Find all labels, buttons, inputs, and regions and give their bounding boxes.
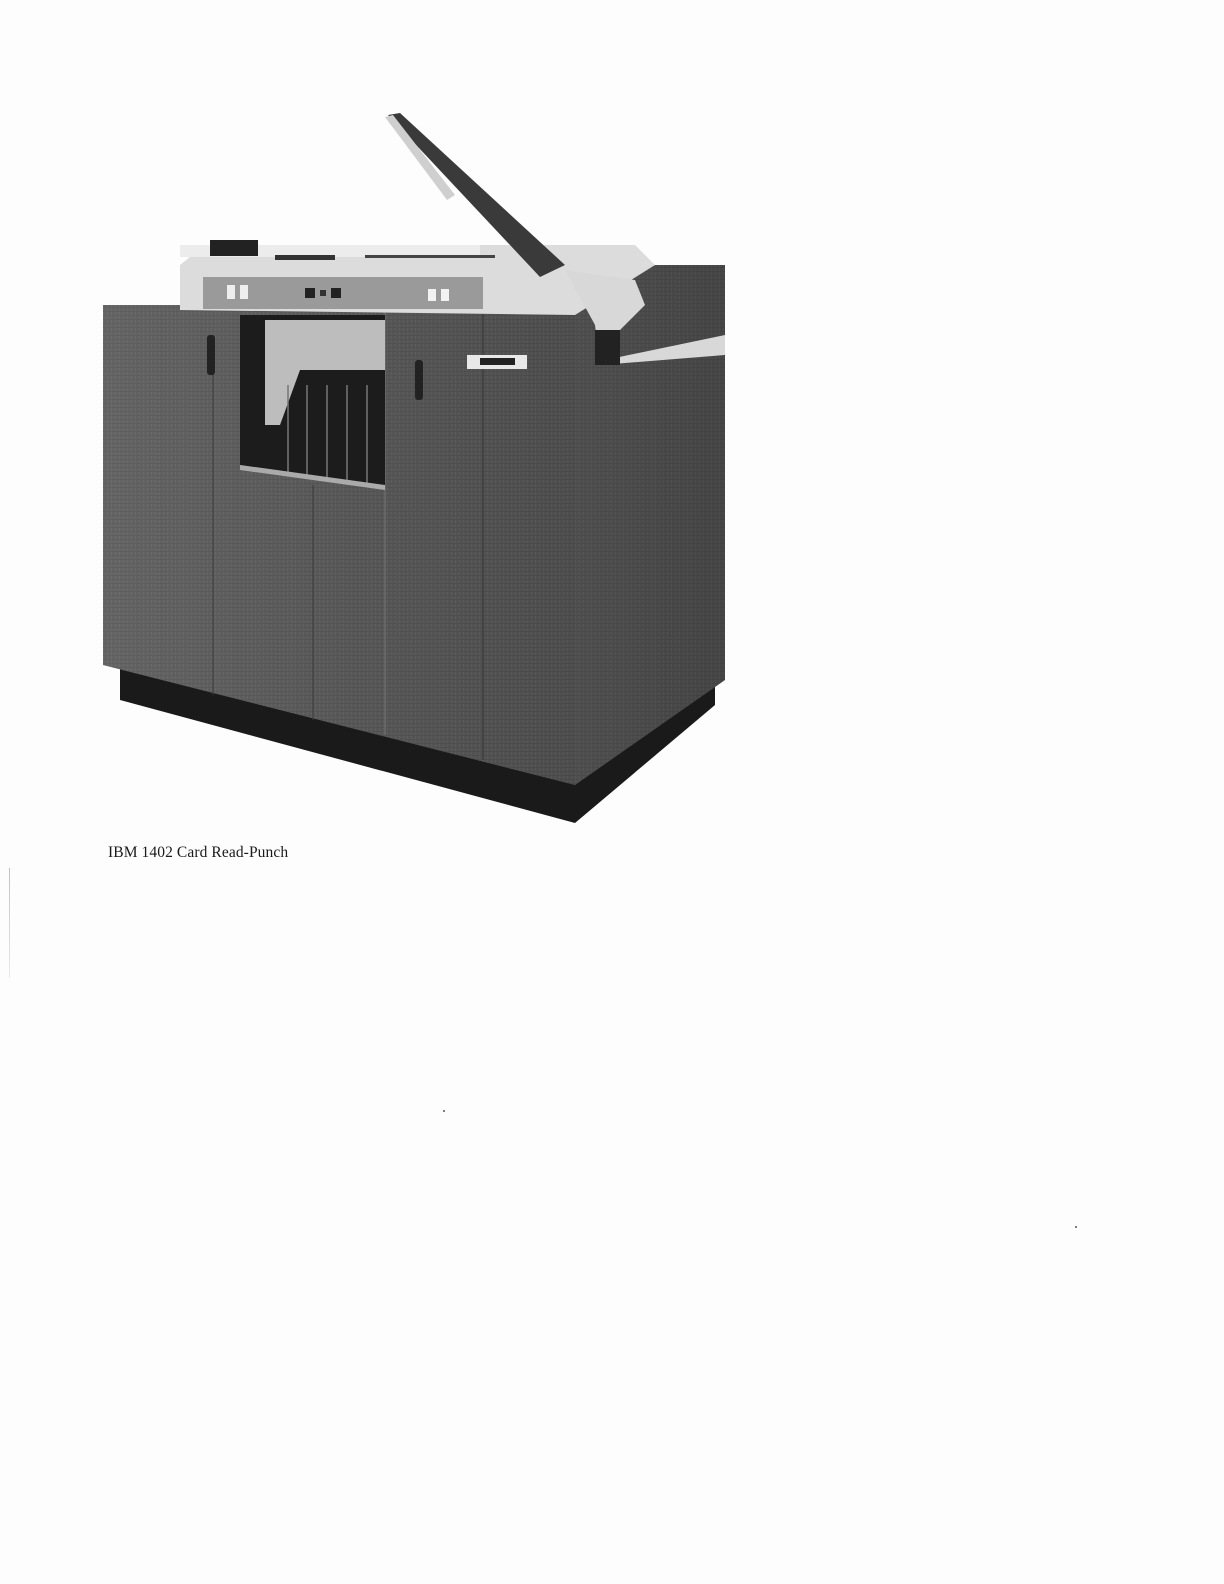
figure-caption: IBM 1402 Card Read-Punch [108,844,288,862]
scan-speck [443,1110,445,1112]
scan-speck [1075,1226,1077,1228]
card-read-punch-photo [95,105,735,830]
figure-photo [95,105,735,830]
scan-artifact [9,868,10,978]
